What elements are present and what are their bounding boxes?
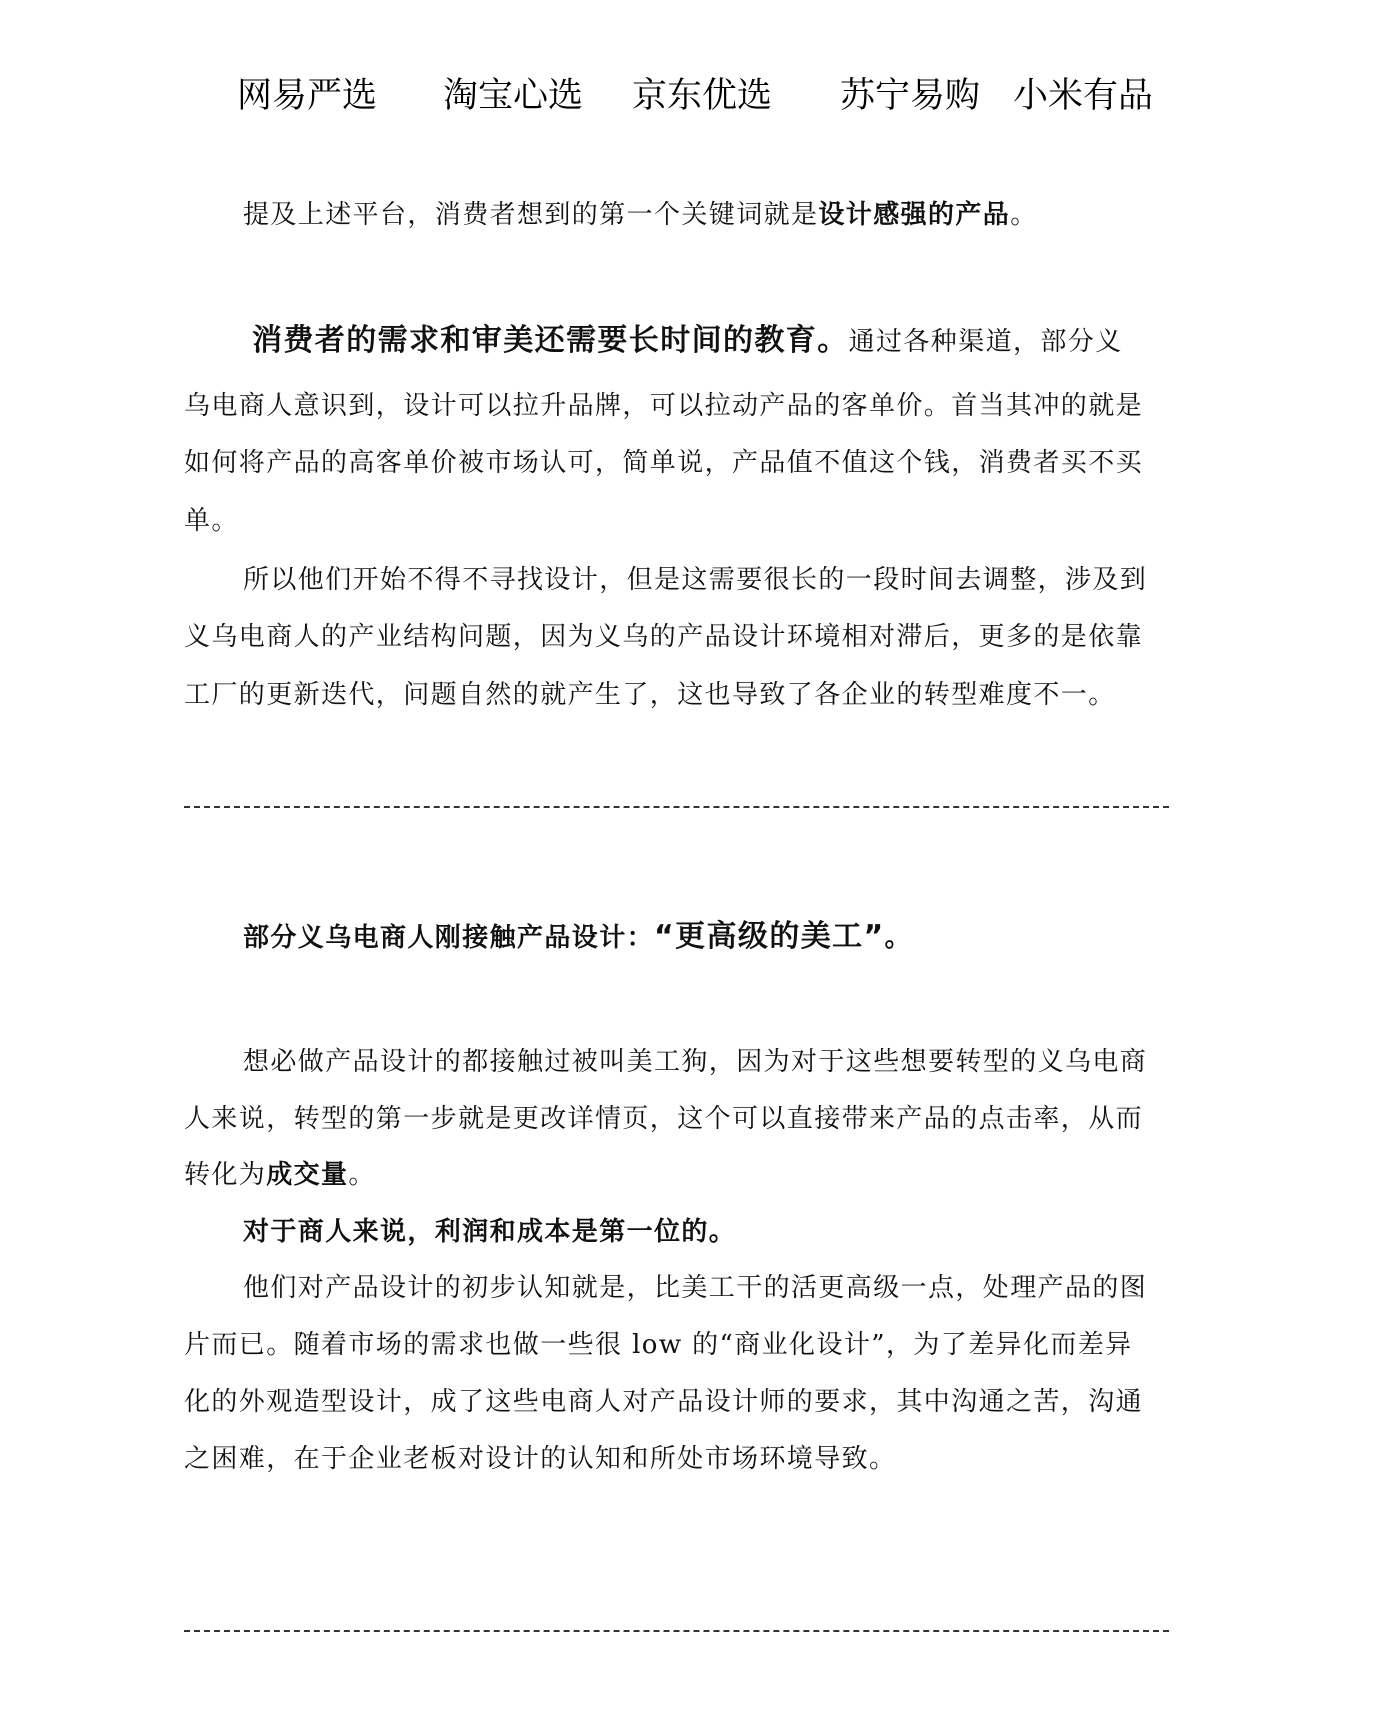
section1-para2-line: 义乌电商人的产业结构问题，因为义乌的产品设计环境相对滞后，更多的是依靠 <box>184 622 1143 652</box>
section2-bold-line: 对于商人来说，利润和成本是第一位的。 <box>243 1217 736 1247</box>
section2-para2-line: 化的外观造型设计，成了这些电商人对产品设计师的要求，其中沟通之苦，沟通 <box>184 1387 1143 1417</box>
section2-heading-quote: “更高级的美工” <box>654 919 885 954</box>
platform-name: 淘宝心选 <box>443 68 583 118</box>
emphasis: 成交量 <box>266 1160 348 1190</box>
section1-lead-line: 消费者的需求和审美还需要长时间的教育。通过各种渠道，部分义 <box>252 326 1123 357</box>
platform-name: 京东优选 <box>632 68 772 118</box>
section2-para1-line: 人来说，转型的第一步就是更改详情页，这个可以直接带来产品的点击率，从而 <box>184 1104 1143 1134</box>
text-end: 。 <box>348 1160 375 1190</box>
section1-para2-line: 工厂的更新迭代，问题自然的就产生了，这也导致了各企业的转型难度不一。 <box>184 680 1116 710</box>
section2-heading: 部分义乌电商人刚接触产品设计：“更高级的美工”。 <box>243 922 912 953</box>
section1-line: 单。 <box>184 506 239 536</box>
section2-para2-line: 片而已。随着市场的需求也做一些很 low 的“商业化设计”，为了差异化而差异 <box>184 1330 1133 1360</box>
intro-text: 提及上述平台，消费者想到的第一个关键词就是 <box>243 200 818 230</box>
text: 转化为 <box>184 1160 266 1190</box>
section2-para2-line: 他们对产品设计的初步认知就是，比美工干的活更高级一点，处理产品的图 <box>243 1273 1147 1303</box>
section1-line: 通过各种渠道，部分义 <box>849 327 1123 357</box>
section2-para2-line: 之困难，在于企业老板对设计的认知和所处市场环境导致。 <box>184 1444 896 1474</box>
section1-lead-bold: 消费者的需求和审美还需要长时间的教育。 <box>252 323 849 358</box>
section2-para1-last: 转化为成交量。 <box>184 1160 376 1190</box>
platform-list: 网易严选 淘宝心选 京东优选 苏宁易购 小米有品 <box>0 68 1400 118</box>
section2-heading-end: 。 <box>885 923 912 953</box>
platform-name: 小米有品 <box>1013 68 1153 118</box>
section2-para1-line: 想必做产品设计的都接触过被叫美工狗，因为对于这些想要转型的义乌电商 <box>243 1047 1147 1077</box>
intro-emphasis: 设计感强的产品 <box>818 200 1010 230</box>
divider-line <box>184 1630 1169 1632</box>
section1-line: 如何将产品的高客单价被市场认可，简单说，产品值不值这个钱，消费者买不买 <box>184 448 1143 478</box>
section1-para2-line: 所以他们开始不得不寻找设计，但是这需要很长的一段时间去调整，涉及到 <box>243 565 1147 595</box>
platform-name: 网易严选 <box>237 68 377 118</box>
platform-name: 苏宁易购 <box>840 68 980 118</box>
section1-line: 乌电商人意识到，设计可以拉升品牌，可以拉动产品的客单价。首当其冲的就是 <box>184 391 1143 421</box>
divider-line <box>184 806 1169 808</box>
intro-end: 。 <box>1010 200 1037 230</box>
intro-paragraph: 提及上述平台，消费者想到的第一个关键词就是设计感强的产品。 <box>243 200 1038 230</box>
section2-heading-text: 部分义乌电商人刚接触产品设计： <box>243 923 654 953</box>
